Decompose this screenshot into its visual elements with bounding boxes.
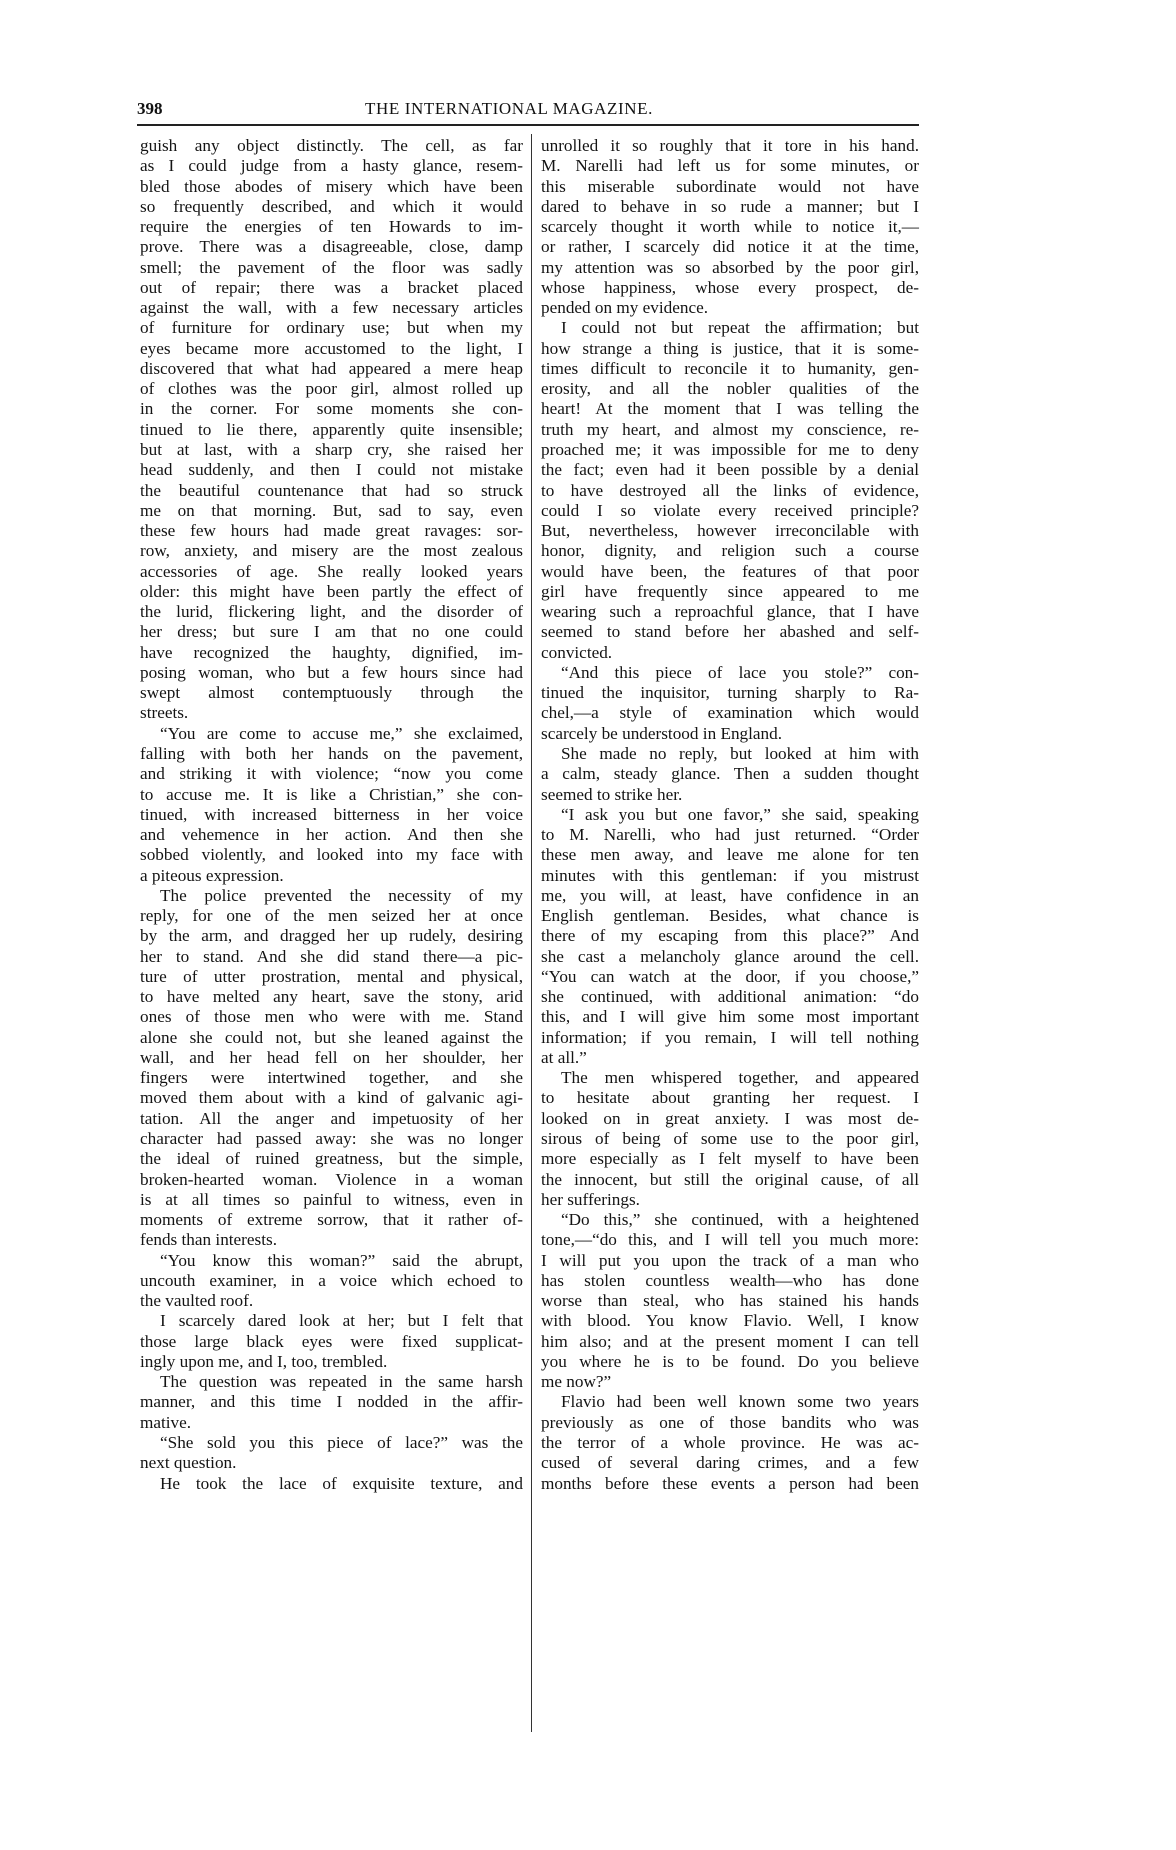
text-line: this, and I will give him some most impo… bbox=[541, 1007, 919, 1027]
text-line: scarcely be understood in England. bbox=[541, 724, 919, 744]
text-line: tation. All the anger and impetuosity of… bbox=[140, 1109, 523, 1129]
text-line: The question was repeated in the same ha… bbox=[140, 1372, 523, 1392]
right-column: unrolled it so roughly that it tore in h… bbox=[541, 136, 919, 1494]
text-line: smell; the pavement of the floor was sad… bbox=[140, 258, 523, 278]
header-rule bbox=[137, 124, 919, 126]
text-line: unrolled it so roughly that it tore in h… bbox=[541, 136, 919, 156]
column-rule bbox=[531, 134, 532, 1732]
text-line: broken-hearted woman. Violence in a woma… bbox=[140, 1170, 523, 1190]
text-line: so frequently described, and which it wo… bbox=[140, 197, 523, 217]
text-line: information; if you remain, I will tell … bbox=[541, 1028, 919, 1048]
text-line: the innocent, but still the original cau… bbox=[541, 1170, 919, 1190]
text-line: whose happiness, whose every prospect, d… bbox=[541, 278, 919, 298]
text-line: cused of several daring crimes, and a fe… bbox=[541, 1453, 919, 1473]
text-line: honor, dignity, and religion such a cour… bbox=[541, 541, 919, 561]
text-line: manner, and this time I nodded in the af… bbox=[140, 1392, 523, 1412]
text-line: has stolen countless wealth—who has done bbox=[541, 1271, 919, 1291]
text-line: could I so violate every received princi… bbox=[541, 501, 919, 521]
text-line: moved them about with a kind of galvanic… bbox=[140, 1088, 523, 1108]
text-line: “You know this woman?” said the abrupt, bbox=[140, 1251, 523, 1271]
text-line: “She sold you this piece of lace?” was t… bbox=[140, 1433, 523, 1453]
text-line: more especially as I felt myself to have… bbox=[541, 1149, 919, 1169]
text-line: wall, and her head fell on her shoulder,… bbox=[140, 1048, 523, 1068]
left-column: guish any object distinctly. The cell, a… bbox=[140, 136, 523, 1494]
text-line: chel,—a style of examination which would bbox=[541, 703, 919, 723]
text-line: streets. bbox=[140, 703, 523, 723]
text-line: proached me; it was impossible for me to… bbox=[541, 440, 919, 460]
text-line: her sufferings. bbox=[541, 1190, 919, 1210]
text-line: She made no reply, but looked at him wit… bbox=[541, 744, 919, 764]
text-line: fingers were intertwined together, and s… bbox=[140, 1068, 523, 1088]
text-line: falling with both her hands on the pavem… bbox=[140, 744, 523, 764]
text-line: this miserable subordinate would not hav… bbox=[541, 177, 919, 197]
text-line: mative. bbox=[140, 1413, 523, 1433]
text-line: uncouth examiner, in a voice which echoe… bbox=[140, 1271, 523, 1291]
text-line: sirous of being of some use to the poor … bbox=[541, 1129, 919, 1149]
magazine-title: THE INTERNATIONAL MAGAZINE. bbox=[365, 99, 653, 119]
text-line: is at all times so painful to witness, e… bbox=[140, 1190, 523, 1210]
text-line: in the corner. For some moments she con- bbox=[140, 399, 523, 419]
text-line: alone she could not, but she leaned agai… bbox=[140, 1028, 523, 1048]
text-line: to hesitate about granting her request. … bbox=[541, 1088, 919, 1108]
text-line: guish any object distinctly. The cell, a… bbox=[140, 136, 523, 156]
text-line: these men away, and leave me alone for t… bbox=[541, 845, 919, 865]
text-line: I could not but repeat the affirmation; … bbox=[541, 318, 919, 338]
text-line: months before these events a person had … bbox=[541, 1474, 919, 1494]
text-line: these few hours had made great ravages: … bbox=[140, 521, 523, 541]
text-line: tinued, with increased bitterness in her… bbox=[140, 805, 523, 825]
text-line: against the wall, with a few necessary a… bbox=[140, 298, 523, 318]
text-line: her dress; but sure I am that no one cou… bbox=[140, 622, 523, 642]
text-line: my attention was so absorbed by the poor… bbox=[541, 258, 919, 278]
text-line: the terror of a whole province. He was a… bbox=[541, 1433, 919, 1453]
text-line: tinued to lie there, apparently quite in… bbox=[140, 420, 523, 440]
text-line: but at last, with a sharp cry, she raise… bbox=[140, 440, 523, 460]
text-line: Flavio had been well known some two year… bbox=[541, 1392, 919, 1412]
text-line: dared to behave in so rude a manner; but… bbox=[541, 197, 919, 217]
text-line: the lurid, flickering light, and the dis… bbox=[140, 602, 523, 622]
text-line: minutes with this gentleman: if you mist… bbox=[541, 866, 919, 886]
text-line: the ideal of ruined greatness, but the s… bbox=[140, 1149, 523, 1169]
text-line: accessories of age. She really looked ye… bbox=[140, 562, 523, 582]
text-line: to accuse me. It is like a Christian,” s… bbox=[140, 785, 523, 805]
text-line: of furniture for ordinary use; but when … bbox=[140, 318, 523, 338]
text-line: how strange a thing is justice, that it … bbox=[541, 339, 919, 359]
text-line: a piteous expression. bbox=[140, 866, 523, 886]
text-line: to have melted any heart, save the stony… bbox=[140, 987, 523, 1007]
text-line: heart! At the moment that I was telling … bbox=[541, 399, 919, 419]
text-line: wearing such a reproachful glance, that … bbox=[541, 602, 919, 622]
page-number: 398 bbox=[137, 99, 163, 119]
text-line: character had passed away: she was no lo… bbox=[140, 1129, 523, 1149]
text-line: a calm, steady glance. Then a sudden tho… bbox=[541, 764, 919, 784]
magazine-page: 398 THE INTERNATIONAL MAGAZINE. guish an… bbox=[0, 0, 1176, 1850]
text-line: I scarcely dared look at her; but I felt… bbox=[140, 1311, 523, 1331]
text-line: she continued, with additional animation… bbox=[541, 987, 919, 1007]
text-line: older: this might have been partly the e… bbox=[140, 582, 523, 602]
text-line: moments of extreme sorrow, that it rathe… bbox=[140, 1210, 523, 1230]
text-line: pended on my evidence. bbox=[541, 298, 919, 318]
text-line: sobbed violently, and looked into my fac… bbox=[140, 845, 523, 865]
text-line: “I ask you but one favor,” she said, spe… bbox=[541, 805, 919, 825]
text-line: The men whispered together, and appeared bbox=[541, 1068, 919, 1088]
text-line: those large black eyes were fixed suppli… bbox=[140, 1332, 523, 1352]
text-line: seemed to stand before her abashed and s… bbox=[541, 622, 919, 642]
text-line: out of repair; there was a bracket place… bbox=[140, 278, 523, 298]
text-line: ones of those men who were with me. Stan… bbox=[140, 1007, 523, 1027]
text-line: reply, for one of the men seized her at … bbox=[140, 906, 523, 926]
text-line: girl have frequently since appeared to m… bbox=[541, 582, 919, 602]
text-line: head suddenly, and then I could not mist… bbox=[140, 460, 523, 480]
text-line: me on that morning. But, sad to say, eve… bbox=[140, 501, 523, 521]
text-line: require the energies of ten Howards to i… bbox=[140, 217, 523, 237]
text-line: discovered that what had appeared a mere… bbox=[140, 359, 523, 379]
text-line: to M. Narelli, who had just returned. “O… bbox=[541, 825, 919, 845]
text-line: row, anxiety, and misery are the most ze… bbox=[140, 541, 523, 561]
text-line: “You can watch at the door, if you choos… bbox=[541, 967, 919, 987]
text-line: and striking it with violence; “now you … bbox=[140, 764, 523, 784]
text-line: eyes became more accustomed to the light… bbox=[140, 339, 523, 359]
text-line: fends than interests. bbox=[140, 1230, 523, 1250]
text-line: truth my heart, and almost my conscience… bbox=[541, 420, 919, 440]
text-line: next question. bbox=[140, 1453, 523, 1473]
text-line: times difficult to reconcile it to human… bbox=[541, 359, 919, 379]
text-line: there of my escaping from this place?” A… bbox=[541, 926, 919, 946]
text-line: M. Narelli had left us for some minutes,… bbox=[541, 156, 919, 176]
text-line: the beautiful countenance that had so st… bbox=[140, 481, 523, 501]
text-line: would have been, the features of that po… bbox=[541, 562, 919, 582]
text-line: I will put you upon the track of a man w… bbox=[541, 1251, 919, 1271]
text-line: previously as one of those bandits who w… bbox=[541, 1413, 919, 1433]
text-line: swept almost contemptuously through the bbox=[140, 683, 523, 703]
text-line: erosity, and all the nobler qualities of… bbox=[541, 379, 919, 399]
text-line: worse than steal, who has stained his ha… bbox=[541, 1291, 919, 1311]
running-header: 398 THE INTERNATIONAL MAGAZINE. bbox=[137, 99, 919, 125]
text-line: you where he is to be found. Do you beli… bbox=[541, 1352, 919, 1372]
text-line: English gentleman. Besides, what chance … bbox=[541, 906, 919, 926]
text-line: the fact; even had it been possible by a… bbox=[541, 460, 919, 480]
text-line: tinued the inquisitor, turning sharply t… bbox=[541, 683, 919, 703]
text-line: “Do this,” she continued, with a heighte… bbox=[541, 1210, 919, 1230]
text-line: looked on in great anxiety. I was most d… bbox=[541, 1109, 919, 1129]
text-line: ingly upon me, and I, too, trembled. bbox=[140, 1352, 523, 1372]
text-line: and vehemence in her action. And then sh… bbox=[140, 825, 523, 845]
text-line: “And this piece of lace you stole?” con- bbox=[541, 663, 919, 683]
text-line: But, nevertheless, however irreconcilabl… bbox=[541, 521, 919, 541]
text-line: with blood. You know Flavio. Well, I kno… bbox=[541, 1311, 919, 1331]
text-line: posing woman, who but a few hours since … bbox=[140, 663, 523, 683]
text-line: me now?” bbox=[541, 1372, 919, 1392]
text-line: me, you will, at least, have confidence … bbox=[541, 886, 919, 906]
text-line: tone,—“do this, and I will tell you much… bbox=[541, 1230, 919, 1250]
text-line: prove. There was a disagreeable, close, … bbox=[140, 237, 523, 257]
text-line: have recognized the haughty, dignified, … bbox=[140, 643, 523, 663]
text-line: ture of utter prostration, mental and ph… bbox=[140, 967, 523, 987]
text-line: seemed to strike her. bbox=[541, 785, 919, 805]
text-line: scarcely thought it worth while to notic… bbox=[541, 217, 919, 237]
text-line: of clothes was the poor girl, almost rol… bbox=[140, 379, 523, 399]
text-line: “You are come to accuse me,” she exclaim… bbox=[140, 724, 523, 744]
text-line: to have destroyed all the links of evide… bbox=[541, 481, 919, 501]
text-line: bled those abodes of misery which have b… bbox=[140, 177, 523, 197]
text-line: convicted. bbox=[541, 643, 919, 663]
text-line: by the arm, and dragged her up rudely, d… bbox=[140, 926, 523, 946]
text-line: He took the lace of exquisite texture, a… bbox=[140, 1474, 523, 1494]
text-line: her to stand. And she did stand there—a … bbox=[140, 947, 523, 967]
text-line: as I could judge from a hasty glance, re… bbox=[140, 156, 523, 176]
text-line: The police prevented the necessity of my bbox=[140, 886, 523, 906]
text-line: or rather, I scarcely did notice it at t… bbox=[541, 237, 919, 257]
text-line: at all.” bbox=[541, 1048, 919, 1068]
text-line: him also; and at the present moment I ca… bbox=[541, 1332, 919, 1352]
text-line: she cast a melancholy glance around the … bbox=[541, 947, 919, 967]
text-line: the vaulted roof. bbox=[140, 1291, 523, 1311]
